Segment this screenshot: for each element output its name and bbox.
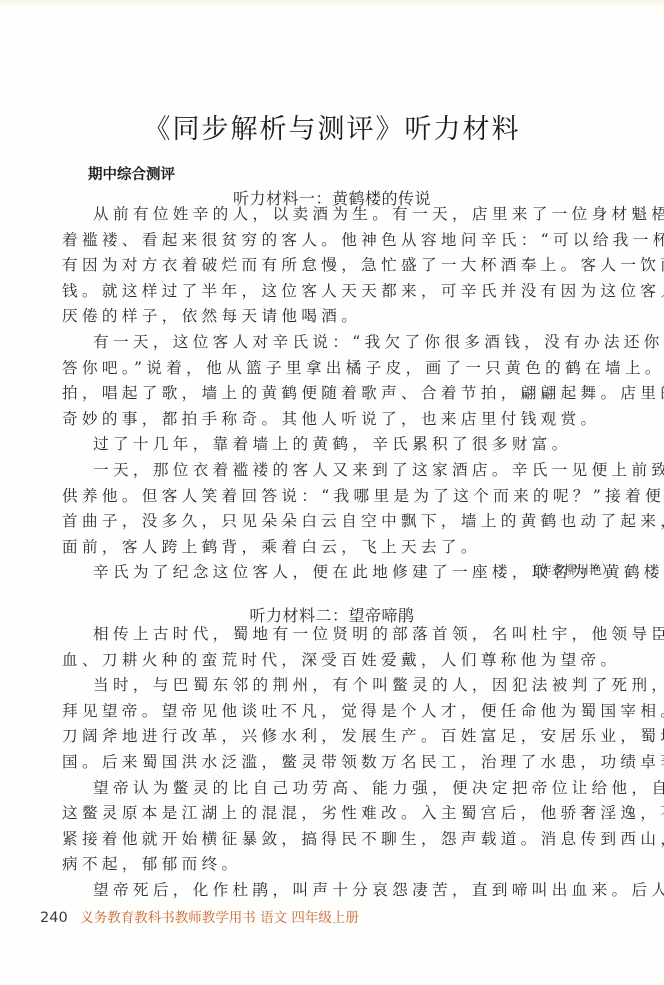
text-line: 有因为对方衣着破烂而有所怠慢，急忙盛了一大杯酒奉上。客人一饮而尽，却说付不起酒	[62, 253, 614, 279]
text-line: 答你吧。”说着，他从篮子里拿出橘子皮，画了一只黄色的鹤在墙上。接着，他以手打节	[62, 356, 614, 382]
text-line: 过了十几年，靠着墙上的黄鹤，辛氏累积了很多财富。	[62, 432, 614, 458]
scan-edge	[0, 0, 664, 6]
text-line: 有一天，这位客人对辛氏说：“我欠了你很多酒钱，没有办法还你，就画一只鹤来报	[62, 330, 614, 356]
text-line: 当时，与巴蜀东邻的荆州，有个叫鳖灵的人，因犯法被判了死刑，跑到了蜀国，便去	[62, 673, 614, 699]
page-number: 240	[40, 910, 68, 926]
text-line: 厌倦的样子，依然每天请他喝酒。	[62, 304, 614, 330]
author-credit: （作者柳川艳）	[526, 560, 614, 578]
story-body-1: 从前有位姓辛的人，以卖酒为生。有一天，店里来了一位身材魁梧、相貌堂堂，但衣着褴褛…	[62, 202, 614, 586]
text-line: 钱。就这样过了半年，这位客人天天都来，可辛氏并没有因为这位客人付不出酒钱而显出	[62, 279, 614, 305]
text-line: 首曲子，没多久，只见朵朵白云自空中飘下，墙上的黄鹤也动了起来，随着白云飞到客人	[62, 509, 614, 535]
section-label: 期中综合测评	[88, 163, 175, 184]
text-line: 供养他。但客人笑着回答说：“我哪里是为了这个而来的呢？”接着便取出笛子，吹了几	[62, 484, 614, 510]
text-line: 刀阔斧地进行改革，兴修水利，发展生产。百姓富足，安居乐业，蜀地慢慢变成了天府之	[62, 724, 614, 750]
text-line: 一天，那位衣着褴褛的客人又来到了这家酒店。辛氏一见便上前致谢，表示愿意继续	[62, 458, 614, 484]
text-line: 紧接着他就开始横征暴敛，搞得民不聊生，怨声载道。消息传到西山，望帝懊悔不已，一	[62, 827, 614, 853]
text-line: 血、刀耕火种的蛮荒时代，深受百姓爱戴，人们尊称他为望帝。	[62, 648, 614, 674]
text-line: 相传上古时代，蜀地有一位贤明的部落首领，名叫杜宇，他领导臣民走出了茹毛饮	[62, 622, 614, 648]
text-line: 拜见望帝。望帝见他谈吐不凡，觉得是个人才，便任命他为蜀国宰相。鳖灵一上任，便大	[62, 699, 614, 725]
text-line: 从前有位姓辛的人，以卖酒为生。有一天，店里来了一位身材魁梧、相貌堂堂，但衣	[62, 202, 614, 228]
text-line: 奇妙的事，都拍手称奇。其他人听说了，也来店里付钱观赏。	[62, 407, 614, 433]
text-line: 这鳖灵原本是江湖上的混混，劣性难改。入主蜀宫后，他骄奢淫逸，不久便掏空了国库，	[62, 801, 614, 827]
book-title: 义务教育教科书教师教学用书 语文 四年级上册	[80, 910, 359, 926]
text-line: 拍，唱起了歌，墙上的黄鹤便随着歌声、合着节拍，翩翩起舞。店里的其他客人看到这么	[62, 381, 614, 407]
page-footer: 240 义务教育教科书教师教学用书 语文 四年级上册	[40, 906, 359, 926]
document-page: 《同步解析与测评》听力材料 期中综合测评 听力材料一：黄鹤楼的传说 从前有位姓辛…	[0, 0, 664, 985]
story-body-2: 相传上古时代，蜀地有一位贤明的部落首领，名叫杜宇，他领导臣民走出了茹毛饮血、刀耕…	[62, 622, 614, 904]
text-line: 国。后来蜀国洪水泛滥，鳖灵带领数万名民工，治理了水患，功绩卓著。	[62, 750, 614, 776]
text-line: 病不起，郁郁而终。	[62, 852, 614, 878]
text-line: 着褴褛、看起来很贫穷的客人。他神色从容地问辛氏：“可以给我一杯酒喝吗？”辛氏没	[62, 228, 614, 254]
page-title: 《同步解析与测评》听力材料	[0, 107, 664, 146]
text-line: 面前，客人跨上鹤背，乘着白云，飞上天去了。	[62, 535, 614, 561]
text-line: 望帝死后，化作杜鹃，叫声十分哀怨凄苦，直到啼叫出血来。后人就用“望帝啼鹃”	[62, 878, 614, 904]
text-line: 望帝认为鳖灵的比自己功劳高、能力强，便决定把帝位让给他，自己退隐西山。不料	[62, 776, 614, 802]
